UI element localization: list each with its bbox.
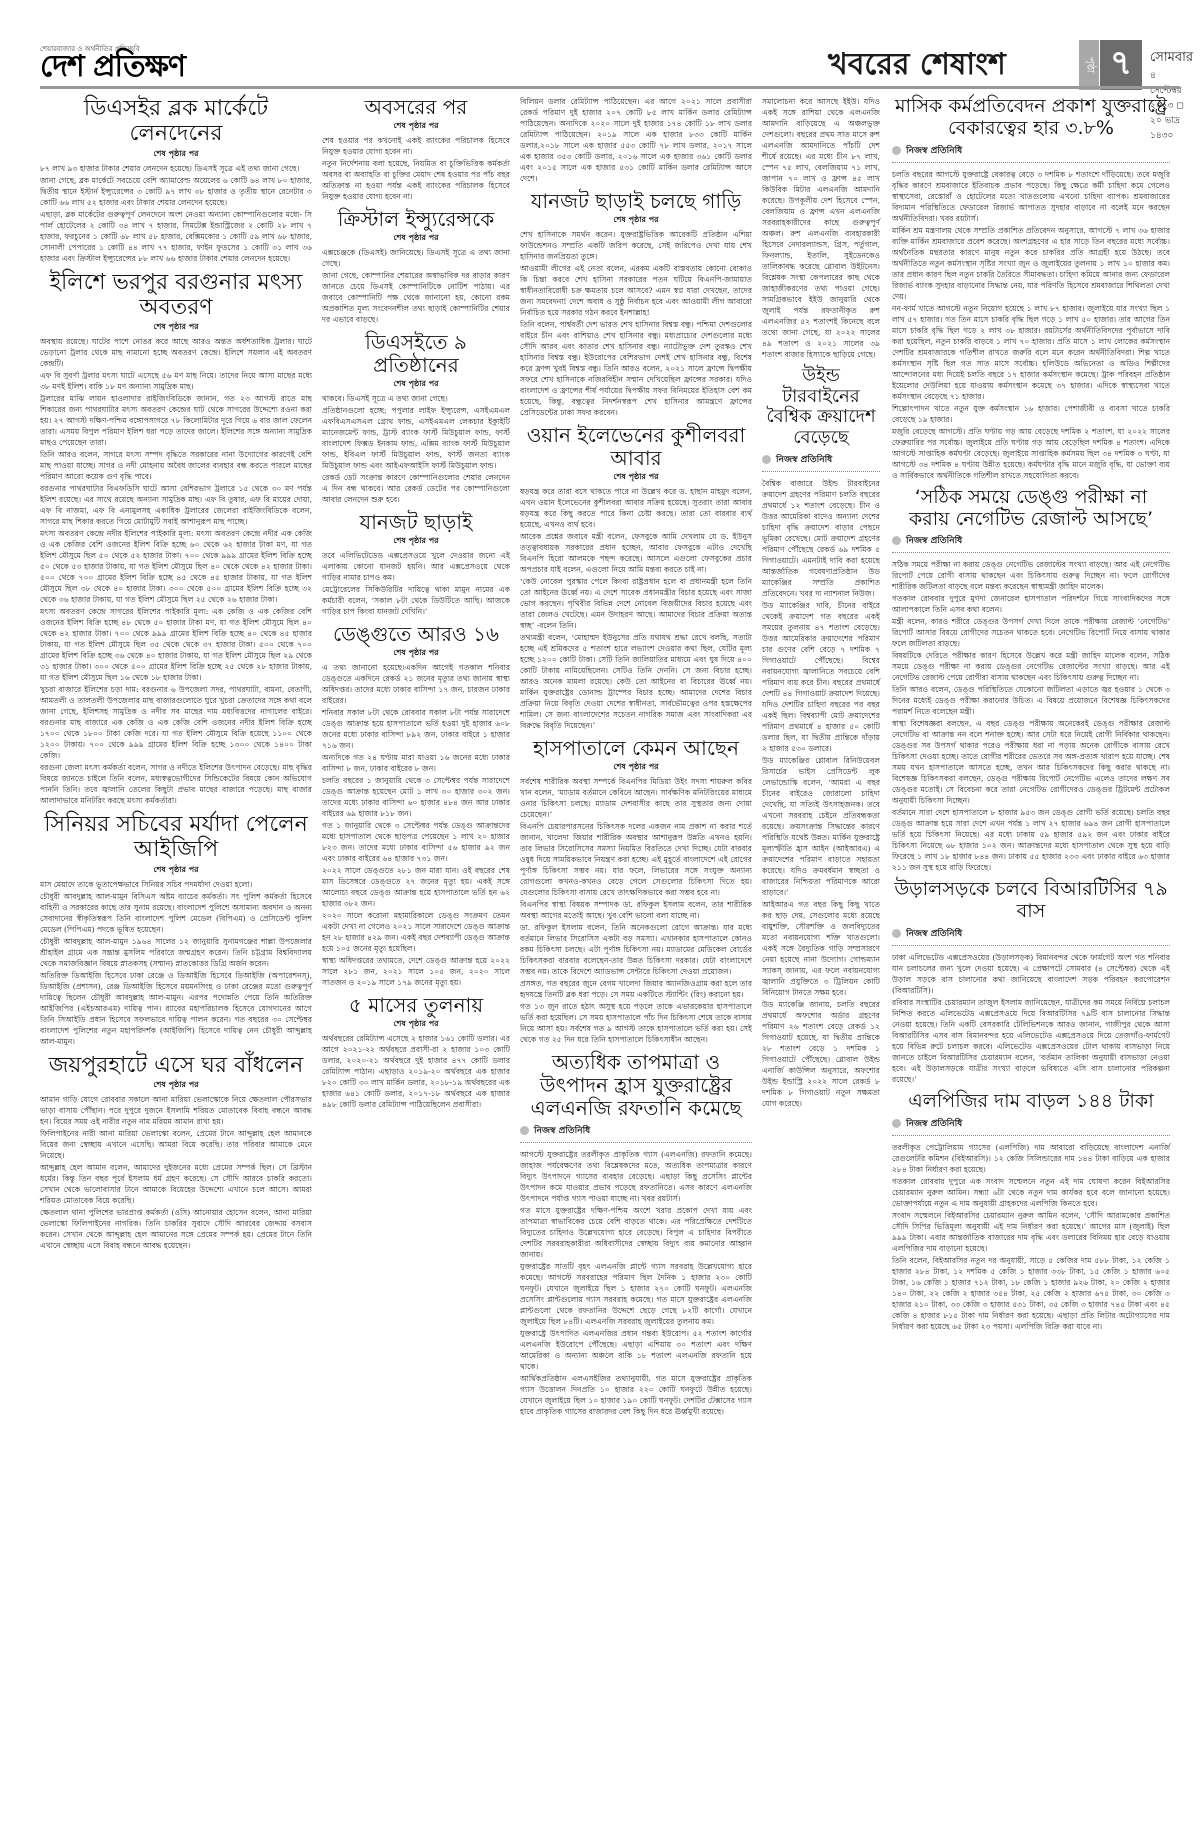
byline: নিজস্ব প্রতিনিধি [892, 143, 1170, 158]
article-paragraph: মৎস্য অবতরণ কেন্দ্রে নদীর ইলিশের পাইকারি… [40, 528, 312, 605]
article-paragraph: বরগুনা জেলা মৎস্য কর্মকর্তা বলেন, সাগর ও… [40, 762, 312, 806]
article-paragraph: তিনি বলেন, পার্শ্ববর্তী দেশ ভারত শেখ হাস… [520, 319, 752, 418]
article-headline[interactable]: ডিএসইর ব্লক মার্কেটে লেনদেনের [40, 96, 312, 147]
byline: নিজস্ব প্রতিনিধি [892, 1116, 1170, 1131]
article: উইন্ড টারবাইনের বৈশ্বিক ক্রয়াদেশ বেড়েছ… [762, 366, 880, 1109]
article-paragraph: নতুন নির্দেশনায় বলা হয়েছে, নিয়মিত বা … [322, 158, 510, 202]
byline-text: নিজস্ব প্রতিনিধি [906, 1116, 962, 1131]
article-paragraph: গত ১ জানুয়ারি থেকে ৩ সেপ্টেম্বর পর্যন্ত… [322, 820, 510, 864]
continued-label: শেষ পৃষ্ঠার পর [520, 471, 752, 484]
article-paragraph: সংবাদ সম্মেলনে বিইআরসির চেয়ারম্যান নুরু… [892, 1210, 1170, 1254]
day-of-week: সোমবার [1150, 48, 1193, 69]
article-headline[interactable]: যানজট ছাড়াই [322, 511, 510, 534]
article-paragraph: তথ্যমন্ত্রী বলেন, ‘মোহাম্মদ ইউনুসের প্রত… [520, 632, 752, 731]
article-headline[interactable]: ডিএসইতে ৯ প্রতিষ্ঠানের [322, 331, 510, 377]
article-paragraph: ঢাকা এলিভেটেড এক্সপ্রেসওয়ের (উড়ালসড়ক)… [892, 952, 1170, 996]
section-title: খবরের শেষাংশ [828, 50, 1006, 80]
continued-label: শেষ পৃষ্ঠার পর [322, 647, 510, 660]
article-paragraph: সমালোচনা করে আসছে ইইউ। যদিও একই সঙ্গে রা… [762, 96, 880, 360]
continued-label: শেষ পৃষ্ঠার পর [520, 214, 752, 227]
column-5: মাসিক কর্মপ্রতিবেদন প্রকাশ যুক্তরাষ্ট্রে… [892, 96, 1170, 1338]
article-headline[interactable]: ক্রিস্টাল ইন্স্যুরেন্সকে [322, 208, 510, 231]
article-headline[interactable]: হাসপাতালে কেমন আছেন [520, 737, 752, 760]
article: ডেঙ্গুতে আরও ১৬শেষ পৃষ্ঠার পরএ তথ্য জানা… [322, 623, 510, 988]
article-headline[interactable]: ডেঙ্গুতে আরও ১৬ [322, 623, 510, 646]
article-paragraph: শনিবার সকাল ৮টা থেকে রোববার সকাল ৮টা পর্… [322, 707, 510, 751]
newspaper-logo[interactable]: দেশ প্রতিক্ষণ [40, 52, 185, 82]
byline-text: নিজস্ব প্রতিনিধি [906, 143, 962, 158]
article-headline[interactable]: ইলিশে ভরপুর বরগুনার মৎস্য অবতরণ [40, 270, 312, 321]
article: ডিএসইর ব্লক মার্কেটে লেনদেনেরশেষ পৃষ্ঠার… [40, 96, 312, 264]
article-paragraph: বরগুনার পাথরঘাটার বিএফডিসি ঘাটে আসা বেশি… [40, 483, 312, 527]
article-paragraph: আর্থিকপ্রতিষ্ঠান এলএসইজির তথ্যানুযায়ী, … [520, 1373, 752, 1417]
article: ইলিশে ভরপুর বরগুনার মৎস্য অবতরণশেষ পৃষ্ঠ… [40, 270, 312, 807]
byline: নিজস্ব প্রতিনিধি [762, 452, 880, 467]
article-paragraph: স্বাস্থ্য বিশেষজ্ঞরা বলছেন, এ বছর ডেঙ্গু… [892, 718, 1170, 806]
article-headline[interactable]: এলপিজির দাম বাড়ল ১৪৪ টাকা [892, 1091, 1170, 1113]
continued-label: শেষ পৃষ্ঠার পর [40, 321, 312, 334]
article-paragraph: উড ম্যাকেঞ্জি জানায়, চলতি বছরের প্রথমার… [762, 999, 880, 1109]
article: যানজট ছাড়াইশেষ পৃষ্ঠার পরতবে এলিভিটেডেড… [322, 511, 510, 617]
article-paragraph: মৎস্য অবতরণ কেন্দ্রে সাগরের ইলিশের পাইকা… [40, 606, 312, 683]
article-paragraph: ফিলিপাইনের নারী আনা মারিয়া ভেলাস্কো বলে… [40, 1128, 312, 1161]
article-headline[interactable]: ৫ মাসের তুলনায় [322, 994, 510, 1017]
header-rule [40, 86, 1180, 89]
continued-label: শেষ পৃষ্ঠার পর [322, 378, 510, 391]
bullet-dot-icon [892, 536, 901, 545]
article-paragraph: মাস মেয়াদে তাকে ভূতাপেক্ষভাবে সিনিয়র স… [40, 879, 312, 890]
article-paragraph: বৈশ্বিক বাজারে উইন্ড টারবাইনের ক্রয়াদেশ… [762, 478, 880, 599]
article: অবসরের পরশেষ পৃষ্ঠার পরশেষ হওয়ার পর কখন… [322, 96, 510, 202]
byline-text: নিজস্ব প্রতিনিধি [776, 452, 832, 467]
article: ‘সঠিক সময়ে ডেঙ্গু পরীক্ষা না করায় নেগে… [892, 487, 1170, 874]
continued-label: শেষ পৃষ্ঠার পর [322, 1018, 510, 1031]
article: যানজট ছাড়াই চলছে গাড়িশেষ পৃষ্ঠার পরশেখ… [520, 190, 752, 418]
article-paragraph: এক্সচেঞ্জকে (ডিএসই) জানিয়েছে। ডিএসই সূত… [322, 247, 510, 269]
article-paragraph: বিলিয়ন ডলার রেমিট্যান্স পাঠিয়েছেন। এর … [520, 96, 752, 184]
byline-text: নিজস্ব প্রতিনিধি [534, 1123, 590, 1138]
article-paragraph: আইআরএ গত বছর কিছু কিছু খাতে কর ছাড় দেয়… [762, 899, 880, 998]
article-paragraph: ‘কেউ নোবেল পুরস্কার পেলে কিংবা রাষ্ট্রপ্… [520, 576, 752, 631]
article-paragraph: তবে এলিভিটেডেড এক্সপ্রেসওয়ে খুলে দেওয়া… [322, 550, 510, 583]
article: জয়পুরহাটে এসে ঘর বাঁধলেনশেষ পৃষ্ঠার পরআ… [40, 1053, 312, 1251]
article-paragraph: ক্ষেতলাল থানা পুলিশের ভারপ্রাপ্ত কর্মকর্… [40, 1207, 312, 1251]
dotted-divider [892, 1135, 1170, 1136]
article-paragraph: তিনি আরও বলেন, সাগরে মৎস্য সম্পদ বৃদ্ধিত… [40, 449, 312, 482]
masthead: শেয়ারবাজার ও অর্থনীতির প্রতিচ্ছবি দেশ প… [40, 40, 1180, 90]
article-paragraph: বিষয়টিকে দেরিতে পরীক্ষার কারণ হিসেবে উল… [892, 650, 1170, 683]
article: ওয়ান ইলেভেনের কুশীলবরা আবারশেষ পৃষ্ঠার … [520, 424, 752, 731]
article-paragraph: গত মাসে যুক্তরাষ্ট্রের দক্ষিণ-পশ্চিম অংশ… [520, 1205, 752, 1260]
article: ৫ মাসের তুলনায়শেষ পৃষ্ঠার পরঅর্থবছরের র… [322, 994, 510, 1110]
article: হাসপাতালে কেমন আছেনশেষ পৃষ্ঠার পরসর্বশেষ… [520, 737, 752, 1045]
article-paragraph: এফ বি সুবর্ণা ট্রলার মৎস্য ঘাটে এসেছে ৫৬… [40, 370, 312, 392]
article-paragraph: উড ম্যাকেঞ্জির দাবি, চীনের বাইরে থেকেই ক… [762, 600, 880, 754]
article-headline[interactable]: ‘সঠিক সময়ে ডেঙ্গু পরীক্ষা না করায় নেগে… [892, 487, 1170, 531]
column-1: ডিএসইর ব্লক মার্কেটে লেনদেনেরশেষ পৃষ্ঠার… [40, 96, 312, 1257]
article-headline[interactable]: যানজট ছাড়াই চলছে গাড়ি [520, 190, 752, 213]
article-paragraph: চৌধুরী আবদুল্লাহ আল-মামুন বিসিএস অষ্টম ব… [40, 891, 312, 935]
column-3: বিলিয়ন ডলার রেমিট্যান্স পাঠিয়েছেন। এর … [520, 96, 752, 1423]
bullet-dot-icon [892, 929, 901, 938]
article: ক্রিস্টাল ইন্স্যুরেন্সকেশেষ পৃষ্ঠার পরএক… [322, 208, 510, 325]
article-headline[interactable]: অবসরের পর [322, 96, 510, 119]
article-paragraph: আরেক প্রশ্নের জবাবে মন্ত্রী বলেন, ফেসবুক… [520, 531, 752, 575]
continued-label: শেষ পৃষ্ঠার পর [520, 761, 752, 774]
article-paragraph: জানা গেছে, ব্লক মার্কেটে সবচেয়ে বেশি অ্… [40, 175, 312, 208]
dotted-divider [892, 945, 1170, 946]
article-paragraph: এ তথ্য জানানো হয়েছে।একদিন আগেই গতকাল শন… [322, 662, 510, 706]
article-paragraph: যুক্তরাষ্ট্রে উৎপাদিত এলএনজির প্রধান গন্… [520, 1328, 752, 1372]
article-paragraph: স্বাস্থ্য অধিদপ্তরের তথ্যমতে, দেশে ডেঙ্গ… [322, 955, 510, 988]
dotted-divider [892, 552, 1170, 553]
article-paragraph: ২০২০ সালে করোনা মহামারিকালে ডেঙ্গু সংক্র… [322, 910, 510, 954]
article-paragraph: বর্তমানে সারা দেশে হাসপাতালে ৮ হাজার ৯৫৩… [892, 807, 1170, 873]
article: মাসিক কর্মপ্রতিবেদন প্রকাশ যুক্তরাষ্ট্রে… [892, 96, 1170, 481]
article: অত্যধিক তাপমাত্রা ও উৎপাদন হ্রাস যুক্তরা… [520, 1051, 752, 1417]
bullet-dot-icon [520, 1126, 529, 1135]
article-paragraph: গতকাল রোববার দুপুরে মুগদা জেনারেল হাসপাত… [892, 593, 1170, 615]
article-paragraph: তিনি আরও বলেন, ডেঙ্গু পরিস্থিতিতে যেকোনো… [892, 684, 1170, 717]
article: সমালোচনা করে আসছে ইইউ। যদিও একই সঙ্গে রা… [762, 96, 880, 360]
article-paragraph: প্রসঙ্গত, গত বছরের জুনে বেগম খালেদা জিয়… [520, 978, 752, 1000]
continued-label: শেষ পৃষ্ঠার পর [322, 120, 510, 133]
byline: নিজস্ব প্রতিনিধি [892, 926, 1170, 941]
byline-text: নিজস্ব প্রতিনিধি [906, 533, 962, 548]
continued-label: শেষ পৃষ্ঠার পর [322, 232, 510, 245]
article-paragraph: ৮৭ লাখ ৯৩ হাজার টাকার শেয়ার লেনদেন হয়ে… [40, 163, 312, 174]
article-headline[interactable]: অত্যধিক তাপমাত্রা ও উৎপাদন হ্রাস যুক্তরা… [520, 1051, 752, 1120]
article: বিলিয়ন ডলার রেমিট্যান্স পাঠিয়েছেন। এর … [520, 96, 752, 184]
article: সিনিয়র সচিবের মর্যাদা পেলেন আইজিপিশেষ প… [40, 812, 312, 1047]
byline-text: নিজস্ব প্রতিনিধি [906, 926, 962, 941]
article-paragraph: চলতি বছরের আগস্টে যুক্তরাষ্ট্রে বেকারত্ব… [892, 169, 1170, 224]
article-paragraph: মন্ত্রী বলেন, কারও শরীরে ডেঙ্গুর উপসর্গ … [892, 616, 1170, 649]
dotted-divider [892, 162, 1170, 163]
article-paragraph: অন্যদিকে গত ২৪ ঘণ্টায় মারা যাওয়া ১৬ জন… [322, 752, 510, 774]
article-headline[interactable]: জয়পুরহাটে এসে ঘর বাঁধলেন [40, 1053, 312, 1078]
article-paragraph: খুচরা বাজারে ইলিশের চড়া দাম: বরগুনার ৬ … [40, 684, 312, 761]
article: ডিএসইতে ৯ প্রতিষ্ঠানেরশেষ পৃষ্ঠার পরথাকব… [322, 331, 510, 505]
article-paragraph: মার্কিন শ্রম মন্ত্রণালয় থেকে সম্প্রতি প… [892, 225, 1170, 302]
article-paragraph: ২০২২ সালে ডেঙ্গুতে ২৮১ জন মারা যান। ওই ব… [322, 865, 510, 909]
article-paragraph: সর্বশেষ শারীরিক অবস্থা সম্পর্কে বিএনপির … [520, 776, 752, 820]
article-paragraph: নন-ফার্ম খাতে আগস্টে নতুন নিয়োগ হয়েছে … [892, 303, 1170, 402]
article-paragraph: ষড়যন্ত্র করে তারা বসে থাকতে পারে না উল্… [520, 486, 752, 530]
article-paragraph: আগস্টে যুক্তরাষ্ট্রের তরলীকৃত প্রাকৃতিক … [520, 1149, 752, 1204]
article-paragraph: মজুরি বেড়েছে আগস্টে। প্রতি ঘণ্টায় গড় … [892, 426, 1170, 481]
article-paragraph: থাকবে। ডিএসই সূত্রে এ তথ্য জানা গেছে। [322, 393, 510, 404]
column-4: সমালোচনা করে আসছে ইইউ। যদিও একই সঙ্গে রা… [762, 96, 880, 1115]
article-paragraph: উড ম্যাকেঞ্জির গ্লোবাল রিনিউয়েবল রিসার্… [762, 755, 880, 898]
article-paragraph: গত ১৩ জুন রাতে হঠাৎ অসুস্থ হয়ে পড়লে তা… [520, 1001, 752, 1045]
article-paragraph: ডা. রফিকুল ইসলাম বলেন, তিনি অনেকগুলো রোগ… [520, 922, 752, 977]
article: এলপিজির দাম বাড়ল ১৪৪ টাকানিজস্ব প্রতিনি… [892, 1091, 1170, 1332]
article-paragraph: শেখ হাসিনাকে সমর্থন করেন। যুক্তরাষ্ট্রভি… [520, 229, 752, 262]
article-headline[interactable]: সিনিয়র সচিবের মর্যাদা পেলেন আইজিপি [40, 812, 312, 863]
bullet-dot-icon [892, 146, 901, 155]
byline: নিজস্ব প্রতিনিধি [520, 1123, 752, 1138]
dotted-divider [762, 471, 880, 472]
article-paragraph: মেট্রোরেলের সিকিউরিটির দায়িত্বে থাকা মা… [322, 584, 510, 617]
article-paragraph: আওয়ামী লীগের এই নেতা বলেন, এরকম একটি বা… [520, 263, 752, 318]
article-paragraph: সঠিক সময়ে পরীক্ষা না করায় ডেঙ্গু নেগেট… [892, 559, 1170, 592]
article: উড়ালসড়কে চলবে বিআরটিসির ৭৯ বাসনিজস্ব প… [892, 879, 1170, 1085]
article-paragraph: জানা গেছে, কোম্পানির শেয়ারের অস্বাভাবিক… [322, 270, 510, 325]
page-number: ৭ [1100, 40, 1142, 90]
article-paragraph: গতকাল রোববার দুপুরে এক সংবাদ সম্মেলনে নত… [892, 1176, 1170, 1209]
article-paragraph: আমান গাড়ি যোগে রোববার সকালে আনা মারিয়া… [40, 1094, 312, 1127]
article-paragraph: চলতি বছরের ১ জানুয়ারি থেকে ৩ সেপ্টেম্বর… [322, 775, 510, 819]
article-paragraph: তিনি বলেন, বিইআরসির নতুন দর অনুযায়ী, সা… [892, 1255, 1170, 1332]
article-paragraph: রেকর্ড ডেট সংক্রান্ত কারণে কোম্পানিগুলোর… [322, 472, 510, 505]
continued-label: শেষ পৃষ্ঠার পর [322, 535, 510, 548]
article-paragraph: যুক্তরাষ্ট্রের সাতটি বৃহৎ এলএনজি প্লান্ট… [520, 1261, 752, 1327]
page-label: পৃষ্ঠা [1079, 40, 1099, 90]
bullet-dot-icon [892, 1119, 901, 1128]
article-paragraph: শিল্পোৎপাদন খাতে নতুন যুক্ত কর্মসংস্থান … [892, 403, 1170, 425]
article-headline[interactable]: উড়ালসড়কে চলবে বিআরটিসির ৭৯ বাস [892, 879, 1170, 923]
article-paragraph: বিএনপি চেয়ারপারসনের চিকিৎসক দলের একজন ন… [520, 821, 752, 898]
article-paragraph: অতিরিক্ত ডিআইজি হিসেবে ঢাকা রেঞ্জে ও ডিআ… [40, 970, 312, 1047]
article-paragraph: ট্রলারের মাঝি লায়ন হাওলাদার রাইজিংবিডিক… [40, 393, 312, 448]
article-headline[interactable]: ওয়ান ইলেভেনের কুশীলবরা আবার [520, 424, 752, 470]
continued-label: শেষ পৃষ্ঠার পর [40, 1079, 312, 1092]
article-paragraph: আব্দুল্লাহ হেল আমান বলেন, আমাদের দুইজনের… [40, 1162, 312, 1206]
article-paragraph: অর্থবছরের রেমিট্যান্স এসেছে ২ হাজার ১৬১ … [322, 1033, 510, 1110]
article-paragraph: অবস্থায় রয়েছে। ঘাটের পাশে নোঙর করে আছে… [40, 336, 312, 369]
article-paragraph: শেষ হওয়ার পর কখনোই একই ব্যাংকের পরিচালক… [322, 135, 510, 157]
article-paragraph: এছাড়া, ব্লক মার্কেটের গুরুত্বপূর্ণ লেনদ… [40, 209, 312, 264]
column-2: অবসরের পরশেষ পৃষ্ঠার পরশেষ হওয়ার পর কখন… [322, 96, 510, 1116]
dotted-divider [520, 1142, 752, 1143]
byline: নিজস্ব প্রতিনিধি [892, 533, 1170, 548]
article-paragraph: চৌধুরী আবদুল্লাহ আল-মামুন ১৯৬৪ সালের ১২ … [40, 936, 312, 969]
article-headline[interactable]: উইন্ড টারবাইনের বৈশ্বিক ক্রয়াদেশ বেড়েছ… [762, 366, 880, 449]
article-headline[interactable]: মাসিক কর্মপ্রতিবেদন প্রকাশ যুক্তরাষ্ট্রে… [892, 96, 1170, 140]
article-paragraph: রবিবার সংস্থাটির চেয়ারম্যান তাজুল ইসলাম… [892, 997, 1170, 1085]
continued-label: শেষ পৃষ্ঠার পর [40, 864, 312, 877]
article-paragraph: বিএনপির স্বাস্থ্য বিষয়ক সম্পাদক ডা. রফি… [520, 899, 752, 921]
article-paragraph: প্রতিষ্ঠানগুলো হচ্ছে: পপুলার লাইফ ইন্স্য… [322, 405, 510, 471]
continued-label: শেষ পৃষ্ঠার পর [40, 148, 312, 161]
article-paragraph: তরলীকৃত পেট্রোলিয়াম গ্যাসের (এলপিজি) দা… [892, 1142, 1170, 1175]
bullet-dot-icon [762, 455, 771, 464]
